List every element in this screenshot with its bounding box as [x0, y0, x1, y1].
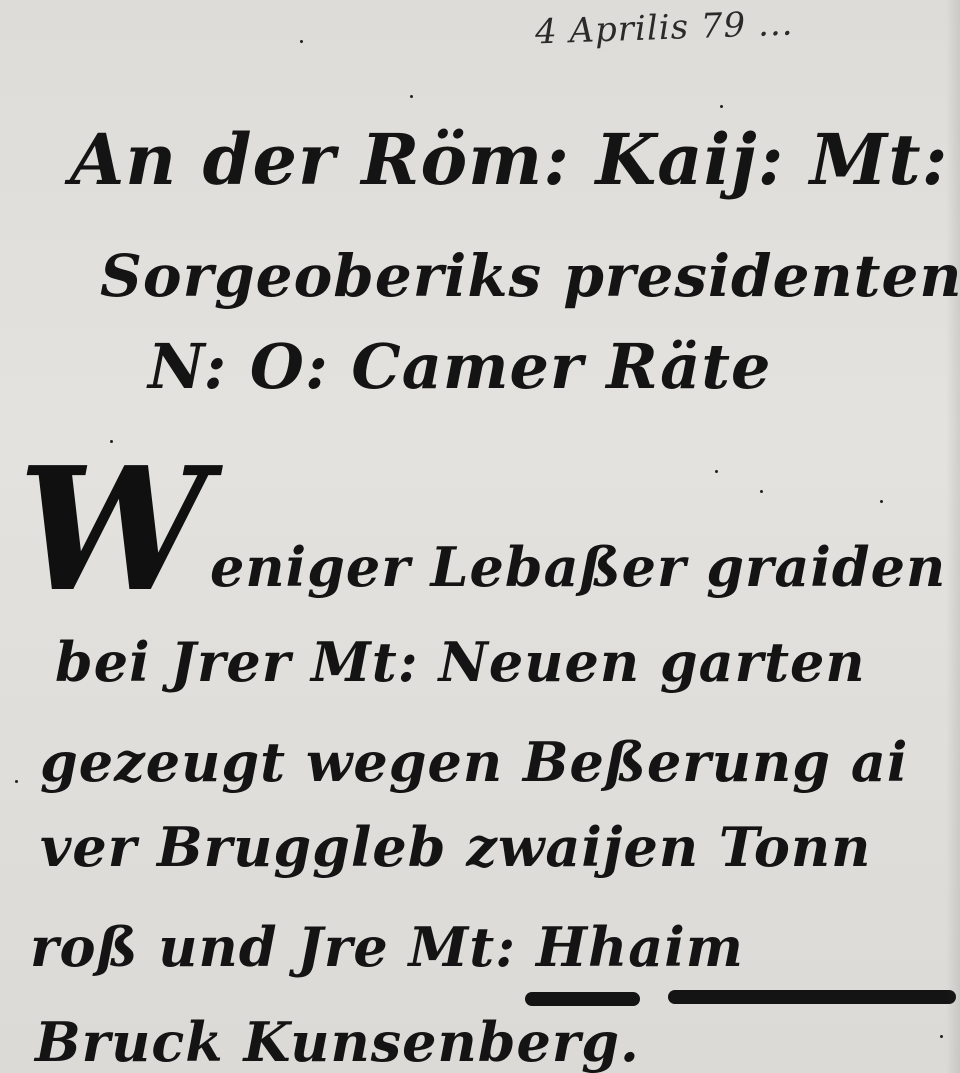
body-line-1: eniger Lebaßer graiden — [210, 535, 946, 599]
marginal-date-note: 4 Aprilis 79 ... — [534, 4, 794, 53]
manuscript-page: 4 Aprilis 79 ... An der Röm: Kaij: Mt: S… — [0, 0, 960, 1073]
body-line-2: bei Jrer Mt: Neuen garten — [55, 630, 866, 694]
address-line-1: An der Röm: Kaij: Mt: — [70, 118, 948, 201]
body-line-3: gezeugt wegen Beßerung ai — [40, 730, 908, 794]
page-edge-shadow — [946, 0, 960, 1073]
ink-speck — [720, 105, 723, 108]
ink-underline-stroke — [668, 990, 956, 1004]
body-line-6: Bruck Kunsenberg. — [35, 1010, 640, 1073]
ink-speck — [760, 490, 763, 493]
ink-speck — [300, 40, 303, 43]
ink-speck — [410, 95, 413, 98]
ink-speck — [880, 500, 883, 503]
ink-speck — [110, 440, 113, 443]
address-line-2: Sorgeoberiks presidenten und — [100, 242, 960, 310]
ink-speck — [940, 1035, 943, 1038]
ink-underline-stroke — [525, 992, 640, 1006]
ink-speck — [15, 780, 18, 783]
ink-speck — [715, 470, 718, 473]
address-line-3: N: O: Camer Räte — [148, 330, 771, 403]
decorative-initial-letter: W — [18, 445, 209, 615]
body-line-4: ver Bruggleb zwaijen Tonn — [40, 815, 871, 879]
body-line-5: roß und Jre Mt: Hhaim — [30, 915, 744, 979]
